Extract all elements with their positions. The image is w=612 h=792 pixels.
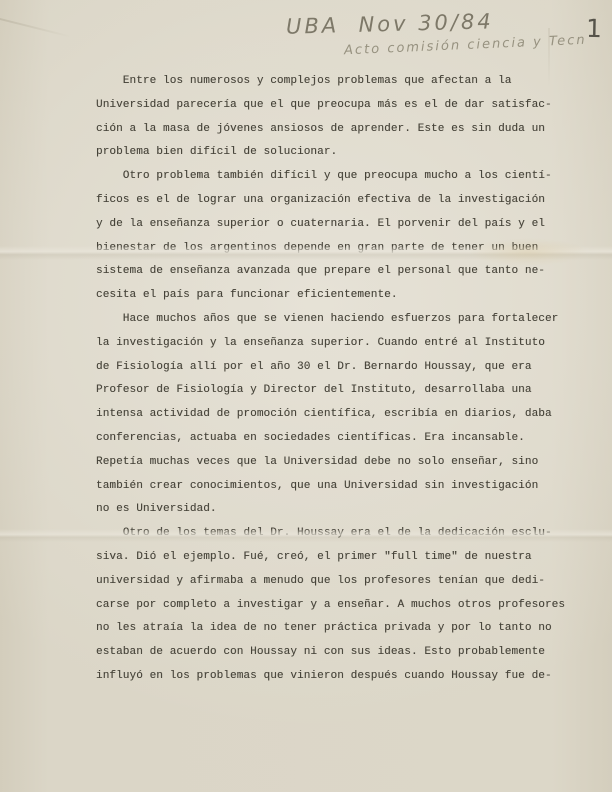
text-line: ción a la masa de jóvenes ansiosos de ap… <box>96 118 582 142</box>
text-line: no les atraía la idea de no tener prácti… <box>96 617 582 641</box>
typewritten-text-block: Entre los numerosos y complejos problema… <box>96 70 582 689</box>
text-line: Otro problema también difícil y que preo… <box>96 165 582 189</box>
text-line: conferencias, actuaba en sociedades cien… <box>96 427 582 451</box>
text-line: sistema de enseñanza avanzada que prepar… <box>96 260 582 284</box>
text-line: problema bien difícil de solucionar. <box>96 141 582 165</box>
text-line: Universidad parecería que el que preocup… <box>96 94 582 118</box>
text-line: Repetía muchas veces que la Universidad … <box>96 451 582 475</box>
text-line: de Fisiología allí por el año 30 el Dr. … <box>96 356 582 380</box>
text-line: ficos es el de lograr una organización e… <box>96 189 582 213</box>
text-line: bienestar de los argentinos depende en g… <box>96 237 582 261</box>
text-line: universidad y afirmaba a menudo que los … <box>96 570 582 594</box>
text-line: Hace muchos años que se vienen haciendo … <box>96 308 582 332</box>
text-line: intensa actividad de promoción científic… <box>96 403 582 427</box>
text-line: Profesor de Fisiología y Director del In… <box>96 379 582 403</box>
handwritten-date-annotation: UBA Nov 30/84 <box>286 9 494 38</box>
handwritten-subject-annotation: Acto comisión ciencia y Tecn <box>344 33 587 59</box>
handwritten-page-number: 1 <box>586 14 602 43</box>
text-line: influyó en los problemas que vinieron de… <box>96 665 582 689</box>
text-line: no es Universidad. <box>96 498 582 522</box>
text-line: Otro de los temas del Dr. Houssay era el… <box>96 522 582 546</box>
corner-fold-mark <box>0 16 71 37</box>
text-line: Entre los numerosos y complejos problema… <box>96 70 582 94</box>
text-line: siva. Dió el ejemplo. Fué, creó, el prim… <box>96 546 582 570</box>
text-line: y de la enseñanza superior o cuaternaria… <box>96 213 582 237</box>
text-line: carse por completo a investigar y a ense… <box>96 594 582 618</box>
text-line: cesita el país para funcionar eficientem… <box>96 284 582 308</box>
text-line: también crear conocimientos, que una Uni… <box>96 475 582 499</box>
text-line: estaban de acuerdo con Houssay ni con su… <box>96 641 582 665</box>
scanned-typewritten-page: UBA Nov 30/84 Acto comisión ciencia y Te… <box>0 0 612 792</box>
text-line: la investigación y la enseñanza superior… <box>96 332 582 356</box>
